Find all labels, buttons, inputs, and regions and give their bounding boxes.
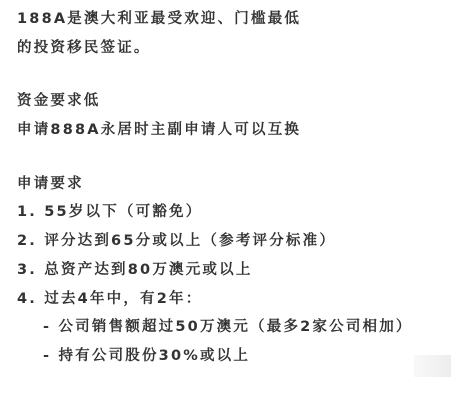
requirement-sub-item: - 持有公司股份30%或以上 — [17, 342, 451, 371]
funds-heading: 资金要求低 — [17, 87, 451, 116]
intro-line-2: 的投资移民签证。 — [17, 34, 451, 63]
faded-watermark — [414, 355, 451, 377]
intro-line-1: 188A是澳大利亚最受欢迎、门槛最低 — [17, 5, 451, 34]
requirement-item: 2. 评分达到65分或以上（参考评分标准） — [17, 227, 451, 256]
requirement-sub-item: - 公司销售额超过50万澳元（最多2家公司相加） — [17, 313, 451, 342]
spacer — [17, 62, 451, 87]
spacer — [17, 145, 451, 170]
requirements-heading: 申请要求 — [17, 170, 451, 199]
requirement-item: 4. 过去4年中，有2年： — [17, 285, 451, 314]
requirement-item: 1. 55岁以下（可豁免） — [17, 198, 451, 227]
requirement-item: 3. 总资产达到80万澳元或以上 — [17, 256, 451, 285]
funds-text: 申请888A永居时主副申请人可以互换 — [17, 116, 451, 145]
article-body: 188A是澳大利亚最受欢迎、门槛最低 的投资移民签证。 资金要求低 申请888A… — [17, 5, 451, 371]
